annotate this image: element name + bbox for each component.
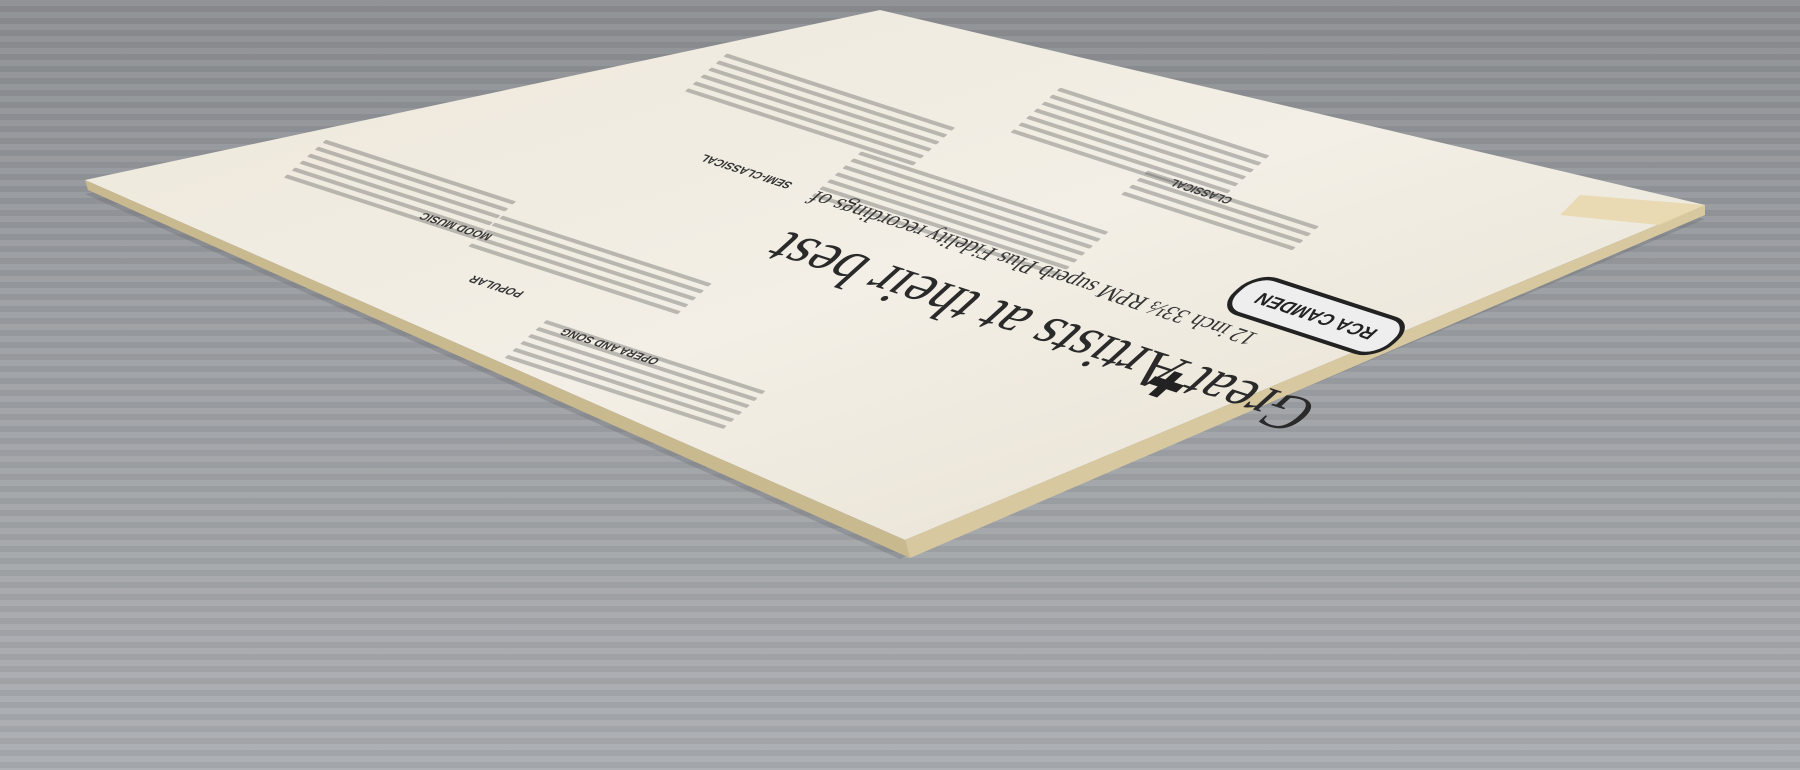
record-sleeve bbox=[0, 0, 1800, 770]
